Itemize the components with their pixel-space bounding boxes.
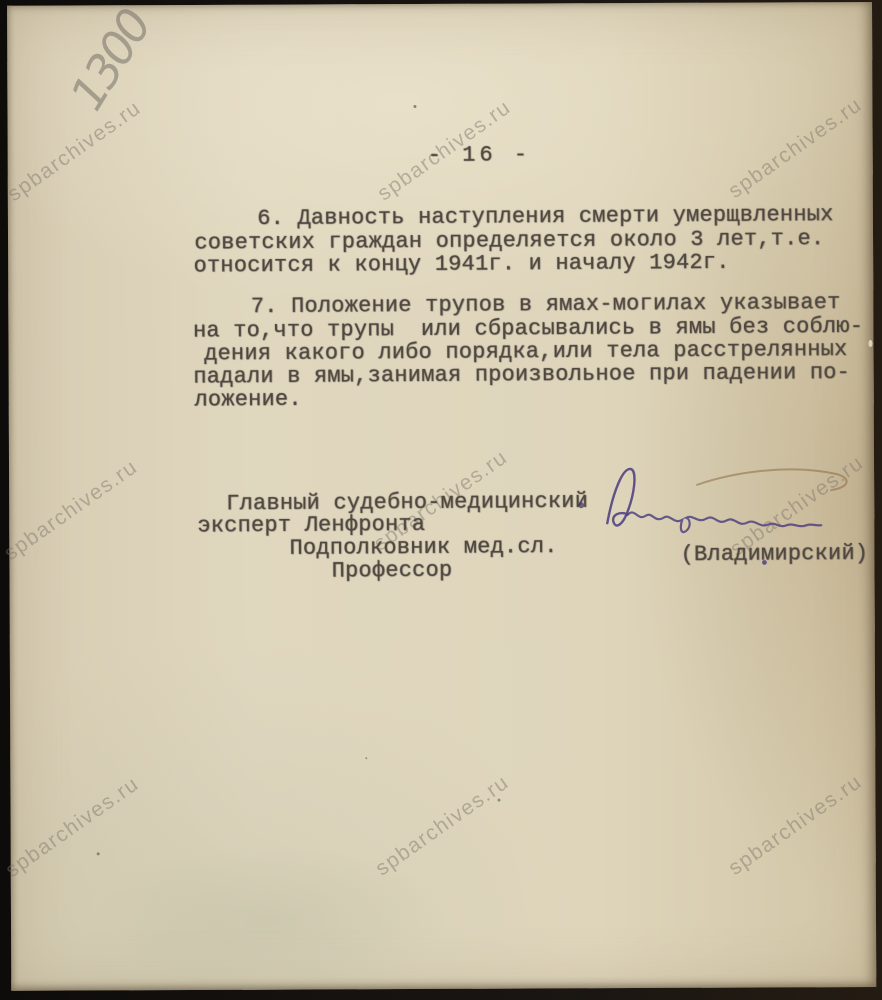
ink-dot [762, 560, 767, 565]
page-number: - 16 - [428, 143, 531, 168]
signature-block: Главный судебно-медицинский эксперт Ленф… [6, 1, 871, 7]
paragraph-7-line: падали в ямы,занимая произвольное при па… [193, 361, 850, 390]
paragraph-7-line: ложение. [194, 388, 301, 413]
paragraph-6-line: относится к концу 1941г. и началу 1942г. [193, 251, 729, 279]
scanned-document: spbarchives.ru spbarchives.ru spbarchive… [0, 0, 882, 1000]
paragraph-6: 6. Давность наступления смерти умерщвлен… [6, 1, 871, 7]
handwritten-signature [579, 450, 880, 576]
paragraph-7: 7. Положение трупов в ямах-могилах указы… [6, 1, 871, 7]
paper-sheet: spbarchives.ru spbarchives.ru spbarchive… [7, 2, 876, 991]
signatory-title-line: Профессор [332, 559, 453, 584]
ink-blot [579, 502, 584, 508]
